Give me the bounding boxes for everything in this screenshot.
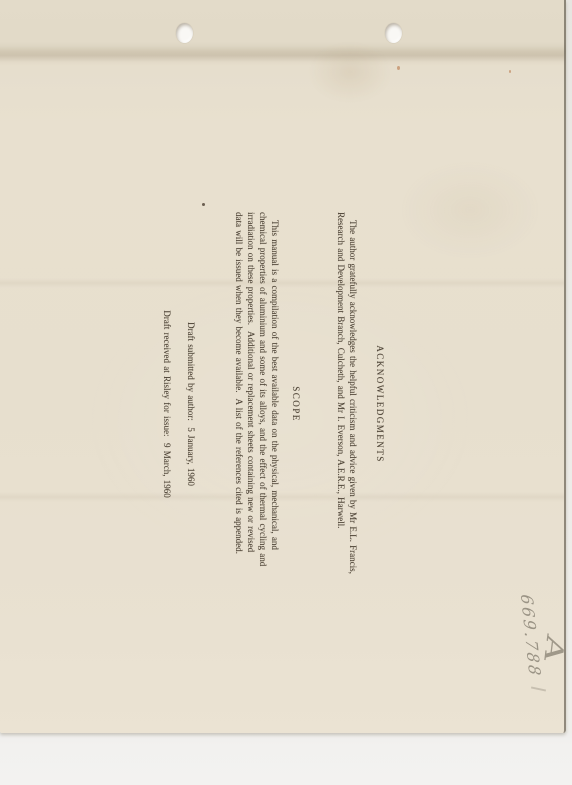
acknowledgments-heading: ACKNOWLEDGMENTS <box>374 212 386 596</box>
ink-speck <box>202 203 205 206</box>
acknowledgments-paragraph: The author gratefully acknowledges the h… <box>335 212 358 596</box>
typed-text-block: ACKNOWLEDGMENTS The author gratefully ac… <box>155 212 386 596</box>
draft-submitted-line: Draft submitted by author: 5 January, 19… <box>179 212 203 596</box>
classification-letter: A <box>540 632 568 665</box>
scope-line: irradiation on these properties. Additio… <box>245 212 257 596</box>
acknowledgments-line: The author gratefully acknowledges the h… <box>347 212 359 596</box>
scope-line: chemical properties of aluminium and som… <box>257 212 269 596</box>
acknowledgments-line: Research and Development Branch, Culchet… <box>335 212 347 596</box>
classification-number: 669.788 <box>518 594 543 678</box>
scope-line: This manual is a compilation of the best… <box>269 212 281 596</box>
issue-notes: Draft submitted by author: 5 January, 19… <box>155 212 203 596</box>
scope-heading: SCOPE <box>290 212 302 596</box>
rotated-page-content: A 669.788 ACKNOWLEDGMENTS The author gra… <box>0 0 572 785</box>
scope-paragraph: This manual is a compilation of the best… <box>233 212 281 596</box>
scope-line: data will be issued when they become ava… <box>233 212 245 596</box>
scan-viewport: A 669.788 ACKNOWLEDGMENTS The author gra… <box>0 0 572 785</box>
pencil-stroke <box>531 686 546 691</box>
draft-received-line: Draft received at Risley for issue: 9 Ma… <box>155 212 179 596</box>
